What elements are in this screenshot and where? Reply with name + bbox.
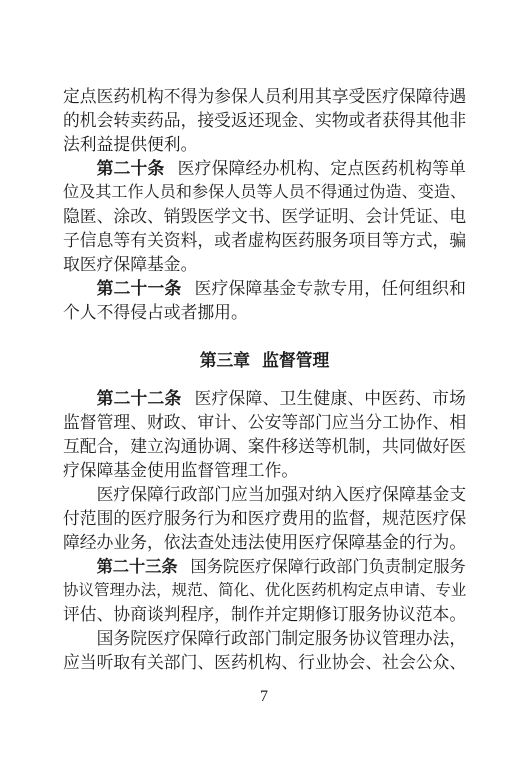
inline-gap: [181, 289, 194, 290]
text-line: 疗保障基金使用监督管理工作。: [63, 459, 466, 483]
text-line: 的机会转卖药品，接受返还现金、实物或者获得其他非: [63, 109, 466, 133]
inline-gap: [178, 567, 191, 568]
inline-gap: [164, 169, 177, 170]
text-line: 付范围的医疗服务行为和医疗费用的监督，规范医疗保: [63, 507, 466, 531]
spacer: [63, 373, 466, 387]
text-line: 第二十一条医疗保障基金专款专用，任何组织和: [63, 277, 466, 301]
chapter-heading: 第三章监督管理: [63, 349, 466, 373]
document-page: 定点医药机构不得为参保人员利用其享受医疗保障待遇的机会转卖药品，接受返还现金、实…: [0, 0, 528, 767]
text-line: 协议管理办法，规范、简化、优化医药机构定点申请、专业: [63, 579, 466, 603]
page-number: 7: [0, 688, 528, 706]
text-line: 国务院医疗保障行政部门制定服务协议管理办法，: [63, 627, 466, 651]
text-line: 子信息等有关资料，或者虚构医药服务项目等方式，骗: [63, 229, 466, 253]
text-line: 位及其工作人员和参保人员等人员不得通过伪造、变造、: [63, 181, 466, 205]
text-line: 法利益提供便利。: [63, 133, 466, 157]
text-line: 定点医药机构不得为参保人员利用其享受医疗保障待遇: [63, 85, 466, 109]
text-line: 障经办业务，依法查处违法使用医疗保障基金的行为。: [63, 531, 466, 555]
text-line: 取医疗保障基金。: [63, 253, 466, 277]
inline-gap: [250, 361, 262, 362]
text-line: 第二十条医疗保障经办机构、定点医药机构等单: [63, 157, 466, 181]
text-line: 医疗保障行政部门应当加强对纳入医疗保障基金支: [63, 483, 466, 507]
text-line: 应当听取有关部门、医药机构、行业协会、社会公众、: [63, 651, 466, 675]
text-line: 个人不得侵占或者挪用。: [63, 301, 466, 325]
text-line: 第二十二条医疗保障、卫生健康、中医药、市场: [63, 387, 466, 411]
text-line: 第二十三条国务院医疗保障行政部门负责制定服务: [63, 555, 466, 579]
text-line: 监督管理、财政、审计、公安等部门应当分工协作、相: [63, 411, 466, 435]
spacer: [63, 325, 466, 349]
text-line: 互配合，建立沟通协调、案件移送等机制，共同做好医: [63, 435, 466, 459]
text-line: 评估、协商谈判程序，制作并定期修订服务协议范本。: [63, 603, 466, 627]
text-block: 定点医药机构不得为参保人员利用其享受医疗保障待遇的机会转卖药品，接受返还现金、实…: [63, 85, 466, 675]
text-line: 隐匿、涂改、销毁医学文书、医学证明、会计凭证、电: [63, 205, 466, 229]
inline-gap: [181, 399, 194, 400]
